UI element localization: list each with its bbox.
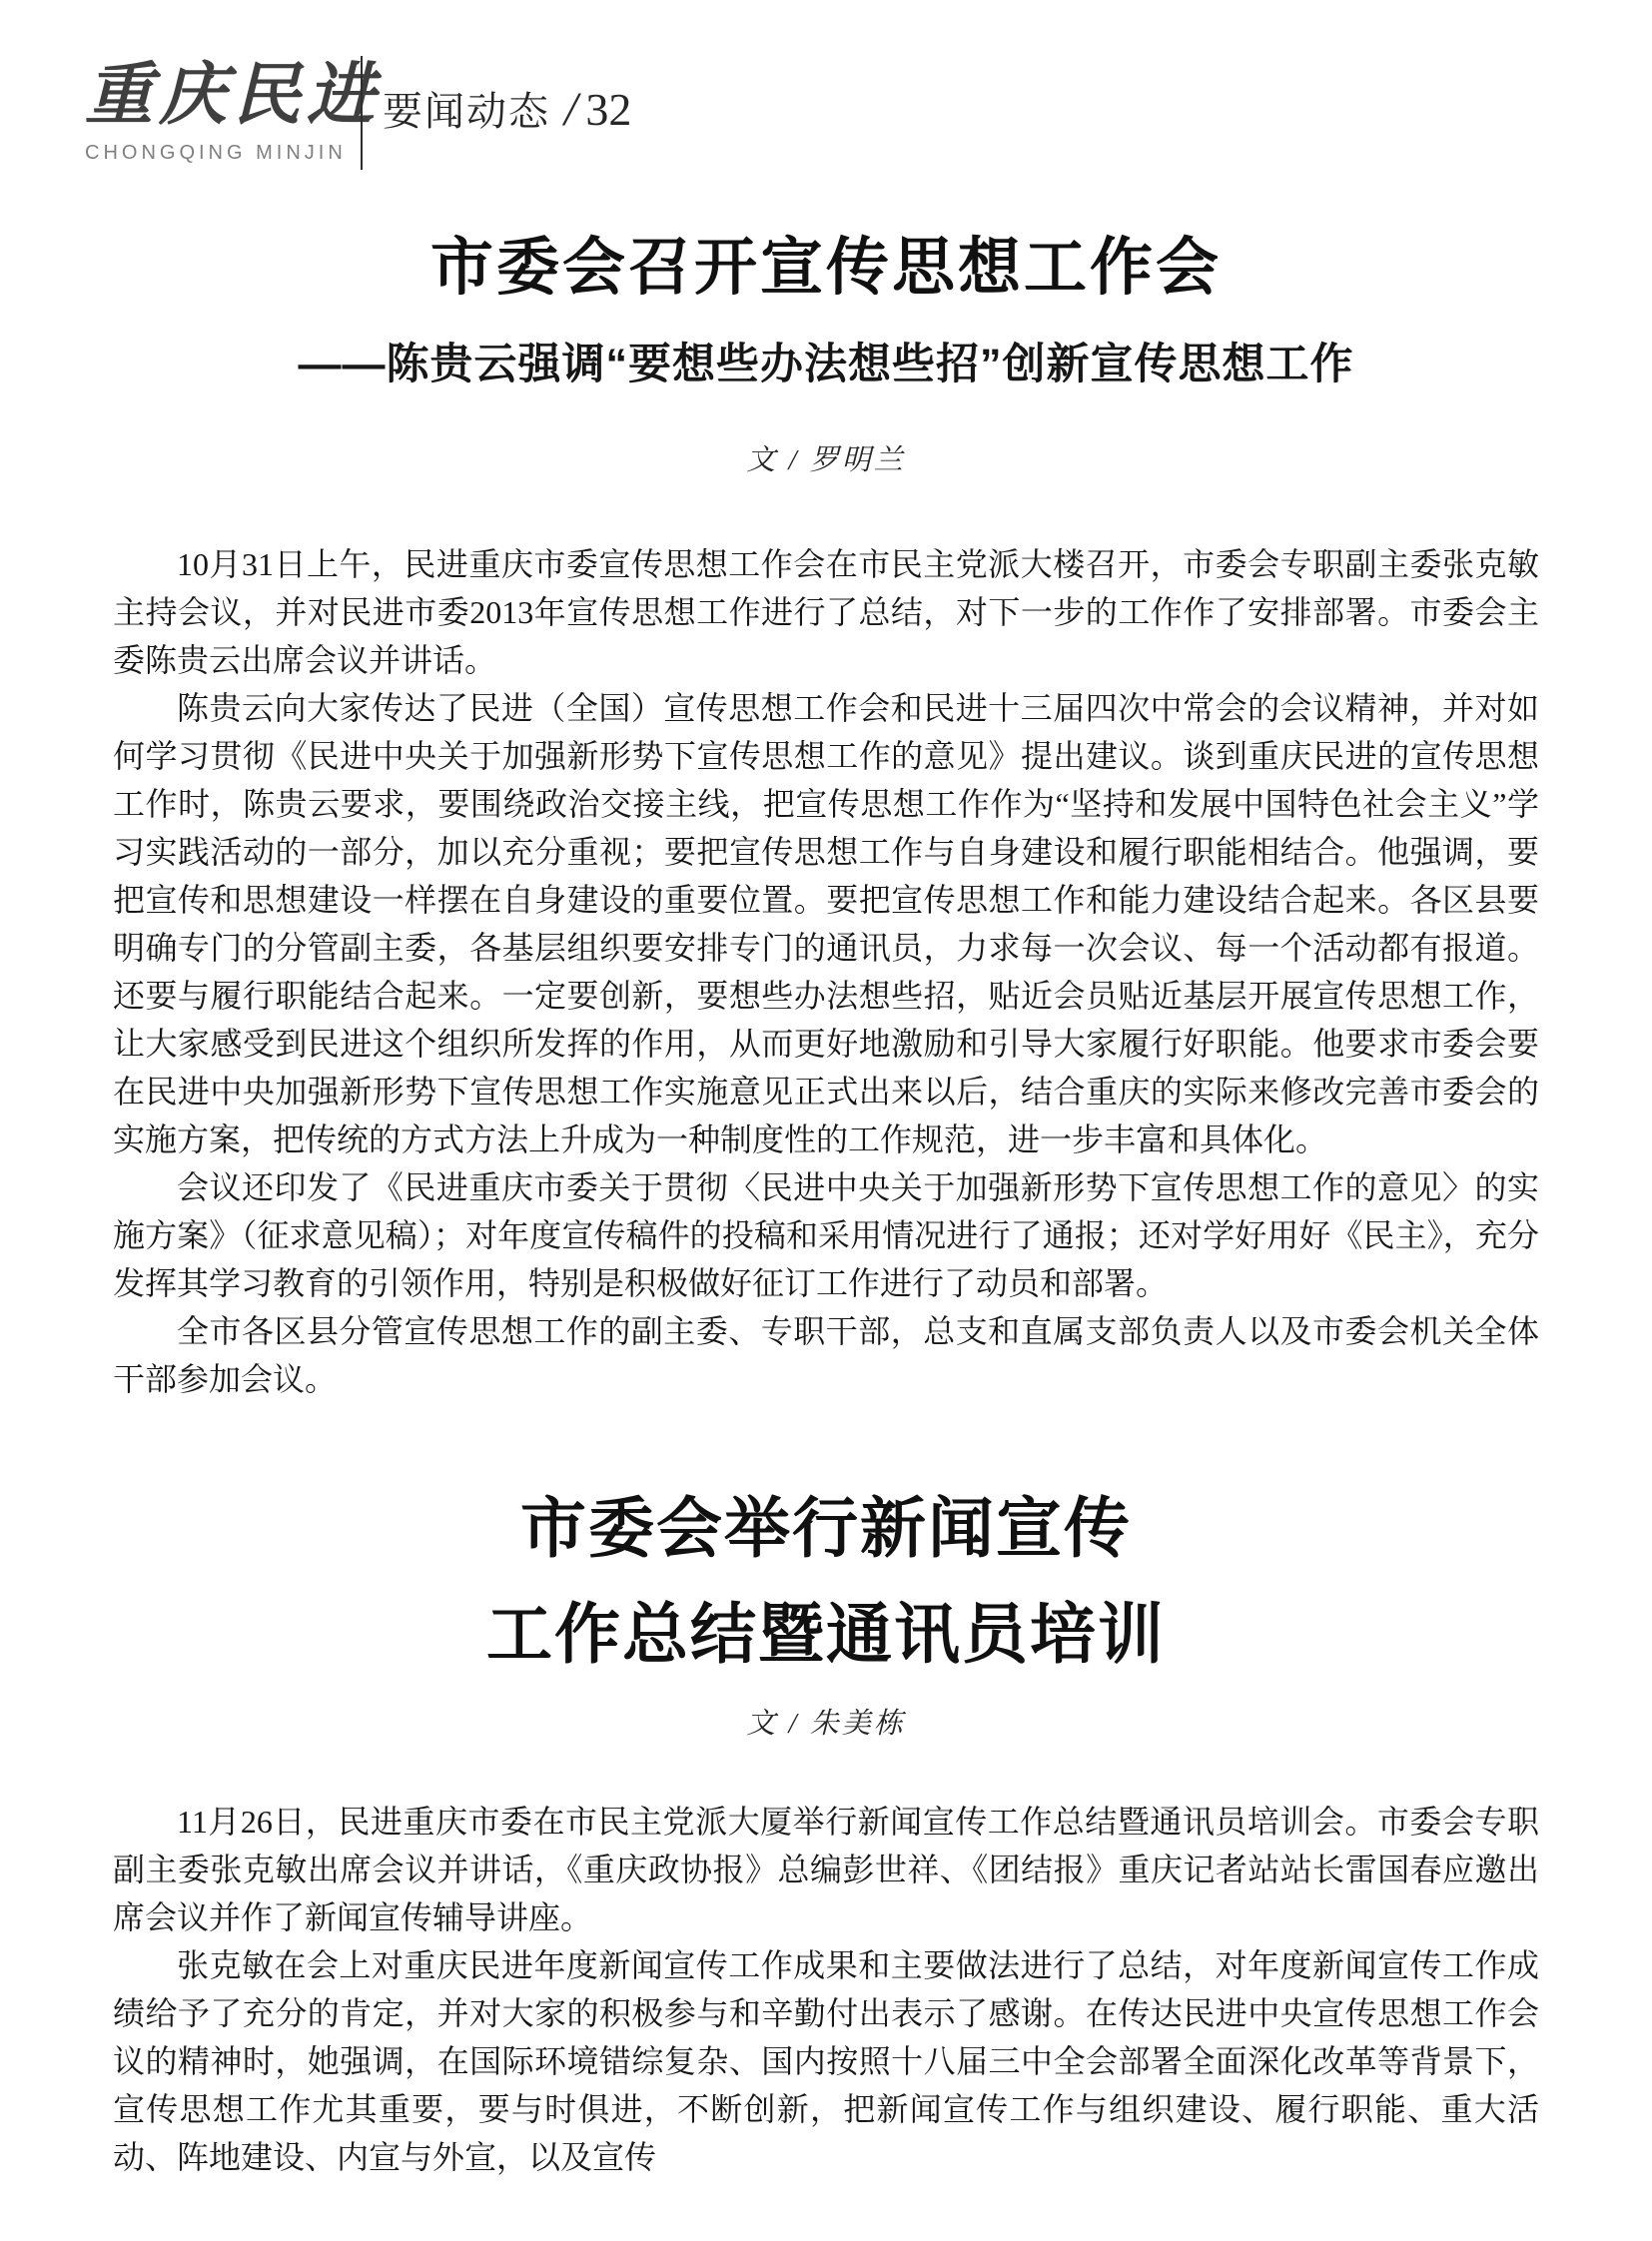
article1-byline: 文 / 罗明兰	[113, 437, 1539, 478]
article1-subtitle: ——陈贵云强调“要想些办法想些招”创新宣传思想工作	[113, 340, 1539, 389]
page-content: 市委会召开宣传思想工作会 ——陈贵云强调“要想些办法想些招”创新宣传思想工作 文…	[113, 0, 1539, 2181]
article1-title: 市委会召开宣传思想工作会	[113, 232, 1539, 304]
article1-paragraph: 会议还印发了《民进重庆市委关于贯彻〈民进中央关于加强新形势下宣传思想工作的意见〉…	[113, 1163, 1539, 1307]
article2-title-line1: 市委会举行新闻宣传	[113, 1477, 1539, 1583]
article-2: 市委会举行新闻宣传 工作总结暨通讯员培训 文 / 朱美栋 11月26日，民进重庆…	[113, 1477, 1539, 2181]
article2-body: 11月26日，民进重庆市委在市民主党派大厦举行新闻宣传工作总结暨通讯员培训会。市…	[113, 1798, 1539, 2181]
article2-title-line2: 工作总结暨通讯员培训	[113, 1583, 1539, 1689]
article-1: 市委会召开宣传思想工作会 ——陈贵云强调“要想些办法想些招”创新宣传思想工作 文…	[113, 232, 1539, 1403]
article1-paragraph: 陈贵云向大家传达了民进（全国）宣传思想工作会和民进十三届四次中常会的会议精神，并…	[113, 684, 1539, 1163]
article1-paragraph: 全市各区县分管宣传思想工作的副主委、专职干部，总支和直属支部负责人以及市委会机关…	[113, 1307, 1539, 1403]
article2-title: 市委会举行新闻宣传 工作总结暨通讯员培训	[113, 1477, 1539, 1689]
article1-body: 10月31日上午，民进重庆市委宣传思想工作会在市民主党派大楼召开，市委会专职副主…	[113, 540, 1539, 1403]
article2-byline: 文 / 朱美栋	[113, 1701, 1539, 1742]
article2-paragraph: 张克敏在会上对重庆民进年度新闻宣传工作成果和主要做法进行了总结，对年度新闻宣传工…	[113, 1941, 1539, 2181]
article1-paragraph: 10月31日上午，民进重庆市委宣传思想工作会在市民主党派大楼召开，市委会专职副主…	[113, 540, 1539, 684]
magazine-page: 重庆民进 CHONGQING MINJIN 要闻动态/32 市委会召开宣传思想工…	[0, 0, 1652, 2241]
article2-paragraph: 11月26日，民进重庆市委在市民主党派大厦举行新闻宣传工作总结暨通讯员培训会。市…	[113, 1798, 1539, 1941]
